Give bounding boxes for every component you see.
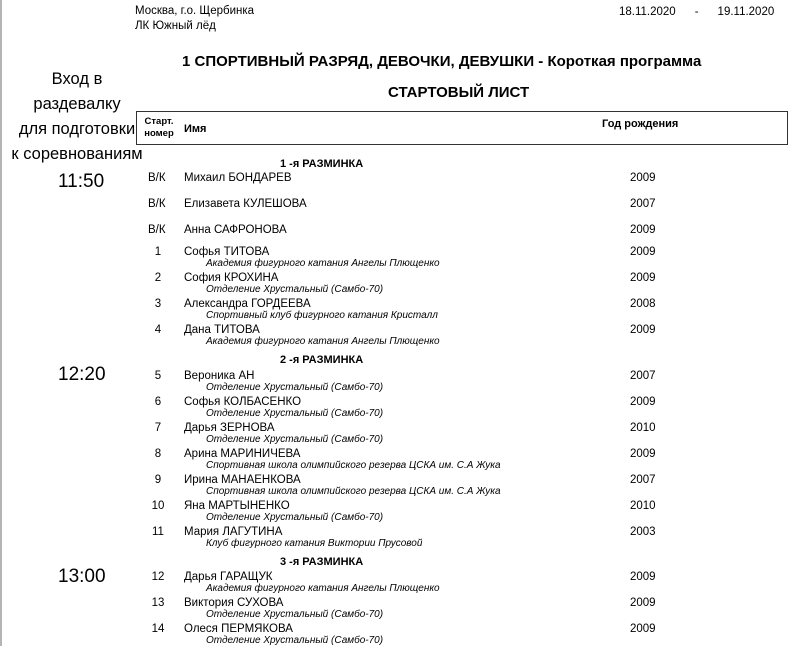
start-number: 7 <box>136 422 180 435</box>
skater-club: Спортивный клуб фигурного катания Криста… <box>206 310 438 322</box>
skater-club: Спортивная школа олимпийского резерва ЦС… <box>206 460 501 472</box>
birth-year: 2009 <box>630 623 656 636</box>
skater-row: В/КЕлизавета КУЛЕШОВА2007 <box>136 198 786 222</box>
birth-year: 2009 <box>630 396 656 409</box>
birth-year: 2009 <box>630 272 656 285</box>
column-start-number-line1: Старт. <box>140 116 178 128</box>
skater-row: 9Ирина МАНАЕНКОВАСпортивная школа олимпи… <box>136 474 786 498</box>
skater-row: 3Александра ГОРДЕЕВАСпортивный клуб фигу… <box>136 298 786 322</box>
skater-name: Михаил БОНДАРЕВ <box>184 172 292 185</box>
birth-year: 2009 <box>630 597 656 610</box>
birth-year: 2007 <box>630 474 656 487</box>
start-number: 5 <box>136 370 180 383</box>
skater-name: Елизавета КУЛЕШОВА <box>184 198 307 211</box>
birth-year: 2009 <box>630 448 656 461</box>
skater-row: 13Виктория СУХОВАОтделение Хрустальный (… <box>136 597 786 621</box>
skater-club: Отделение Хрустальный (Самбо-70) <box>206 609 383 621</box>
birth-year: 2009 <box>630 571 656 584</box>
birth-year: 2007 <box>630 198 656 211</box>
birth-year: 2009 <box>630 246 656 259</box>
skater-club: Академия фигурного катания Ангелы Плющен… <box>206 258 440 270</box>
birth-year: 2009 <box>630 324 656 337</box>
locker-room-note: Вход в раздевалку для подготовки к сорев… <box>6 67 148 167</box>
column-start-number-line2: номер <box>140 128 178 140</box>
locker-entry-time: 13:00 <box>58 566 106 588</box>
start-number: 8 <box>136 448 180 461</box>
skater-row: 11Мария ЛАГУТИНАКлуб фигурного катания В… <box>136 526 786 550</box>
venue-rink: ЛК Южный лёд <box>135 19 254 34</box>
start-number: В/К <box>148 172 166 185</box>
date-to: 19.11.2020 <box>718 6 775 18</box>
locker-entry-time: 12:20 <box>58 364 106 386</box>
skater-row: 10Яна МАРТЫНЕНКООтделение Хрустальный (С… <box>136 500 786 524</box>
skater-row: 5Вероника АНОтделение Хрустальный (Самбо… <box>136 370 786 394</box>
warmup-group-title: 2 -я РАЗМИНКА <box>280 354 363 366</box>
start-number: 10 <box>136 500 180 513</box>
birth-year: 2009 <box>630 172 656 185</box>
locker-note-line: для подготовки <box>6 117 148 142</box>
skater-row: 12Дарья ГАРАЩУКАкадемия фигурного катани… <box>136 571 786 595</box>
skater-club: Отделение Хрустальный (Самбо-70) <box>206 635 383 646</box>
skater-club: Отделение Хрустальный (Самбо-70) <box>206 284 383 296</box>
skater-row: 7Дарья ЗЕРНОВАОтделение Хрустальный (Сам… <box>136 422 786 446</box>
birth-year: 2007 <box>630 370 656 383</box>
skater-club: Спортивная школа олимпийского резерва ЦС… <box>206 486 501 498</box>
start-number: 13 <box>136 597 180 610</box>
skater-row: В/КАнна САФРОНОВА2009 <box>136 224 786 248</box>
start-number: В/К <box>148 224 166 237</box>
column-name: Имя <box>184 123 206 135</box>
skater-club: Клуб фигурного катания Виктории Прусовой <box>206 538 422 550</box>
venue-city: Москва, г.о. Щербинка <box>135 4 254 19</box>
column-birth-year: Год рождения <box>602 118 678 130</box>
skater-club: Академия фигурного катания Ангелы Плющен… <box>206 336 440 348</box>
skater-row: В/КМихаил БОНДАРЕВ2009 <box>136 172 786 196</box>
start-number: 2 <box>136 272 180 285</box>
skater-club: Отделение Хрустальный (Самбо-70) <box>206 408 383 420</box>
event-dates: 18.11.2020-19.11.2020 <box>619 6 774 18</box>
venue-info: Москва, г.о. Щербинка ЛК Южный лёд <box>135 4 254 34</box>
skater-row: 14Олеся ПЕРМЯКОВАОтделение Хрустальный (… <box>136 623 786 646</box>
document-subtitle: СТАРТОВЫЙ ЛИСТ <box>388 84 529 101</box>
skater-row: 4Дана ТИТОВААкадемия фигурного катания А… <box>136 324 786 348</box>
warmup-group-title: 3 -я РАЗМИНКА <box>280 556 363 568</box>
locker-note-line: Вход в <box>6 67 148 92</box>
locker-entry-time: 11:50 <box>58 171 104 193</box>
start-number: 12 <box>136 571 180 584</box>
start-number: 6 <box>136 396 180 409</box>
birth-year: 2008 <box>630 298 656 311</box>
skater-row: 2София КРОХИНАОтделение Хрустальный (Сам… <box>136 272 786 296</box>
date-from: 18.11.2020 <box>619 6 676 18</box>
column-start-number: Старт. номер <box>140 116 178 140</box>
start-number: В/К <box>148 198 166 211</box>
warmup-group-title: 1 -я РАЗМИНКА <box>280 158 363 170</box>
skater-club: Академия фигурного катания Ангелы Плющен… <box>206 583 440 595</box>
birth-year: 2009 <box>630 224 656 237</box>
locker-note-line: к соревнованиям <box>6 142 148 167</box>
birth-year: 2003 <box>630 526 656 539</box>
table-header: Старт. номер Имя Год рождения <box>136 111 788 145</box>
skater-club: Отделение Хрустальный (Самбо-70) <box>206 512 383 524</box>
event-title: 1 СПОРТИВНЫЙ РАЗРЯД, ДЕВОЧКИ, ДЕВУШКИ - … <box>182 53 701 70</box>
birth-year: 2010 <box>630 422 656 435</box>
skater-club: Отделение Хрустальный (Самбо-70) <box>206 382 383 394</box>
start-number: 14 <box>136 623 180 636</box>
skater-row: 1Софья ТИТОВААкадемия фигурного катания … <box>136 246 786 270</box>
start-number: 3 <box>136 298 180 311</box>
start-number: 4 <box>136 324 180 337</box>
page-edge <box>0 0 2 646</box>
start-number: 11 <box>136 526 180 539</box>
skater-club: Отделение Хрустальный (Самбо-70) <box>206 434 383 446</box>
start-number: 1 <box>136 246 180 259</box>
date-separator: - <box>695 6 699 18</box>
start-number: 9 <box>136 474 180 487</box>
birth-year: 2010 <box>630 500 656 513</box>
locker-note-line: раздевалку <box>6 92 148 117</box>
skater-name: Анна САФРОНОВА <box>184 224 287 237</box>
skater-row: 6Софья КОЛБАСЕНКООтделение Хрустальный (… <box>136 396 786 420</box>
skater-row: 8Арина МАРИНИЧЕВАСпортивная школа олимпи… <box>136 448 786 472</box>
